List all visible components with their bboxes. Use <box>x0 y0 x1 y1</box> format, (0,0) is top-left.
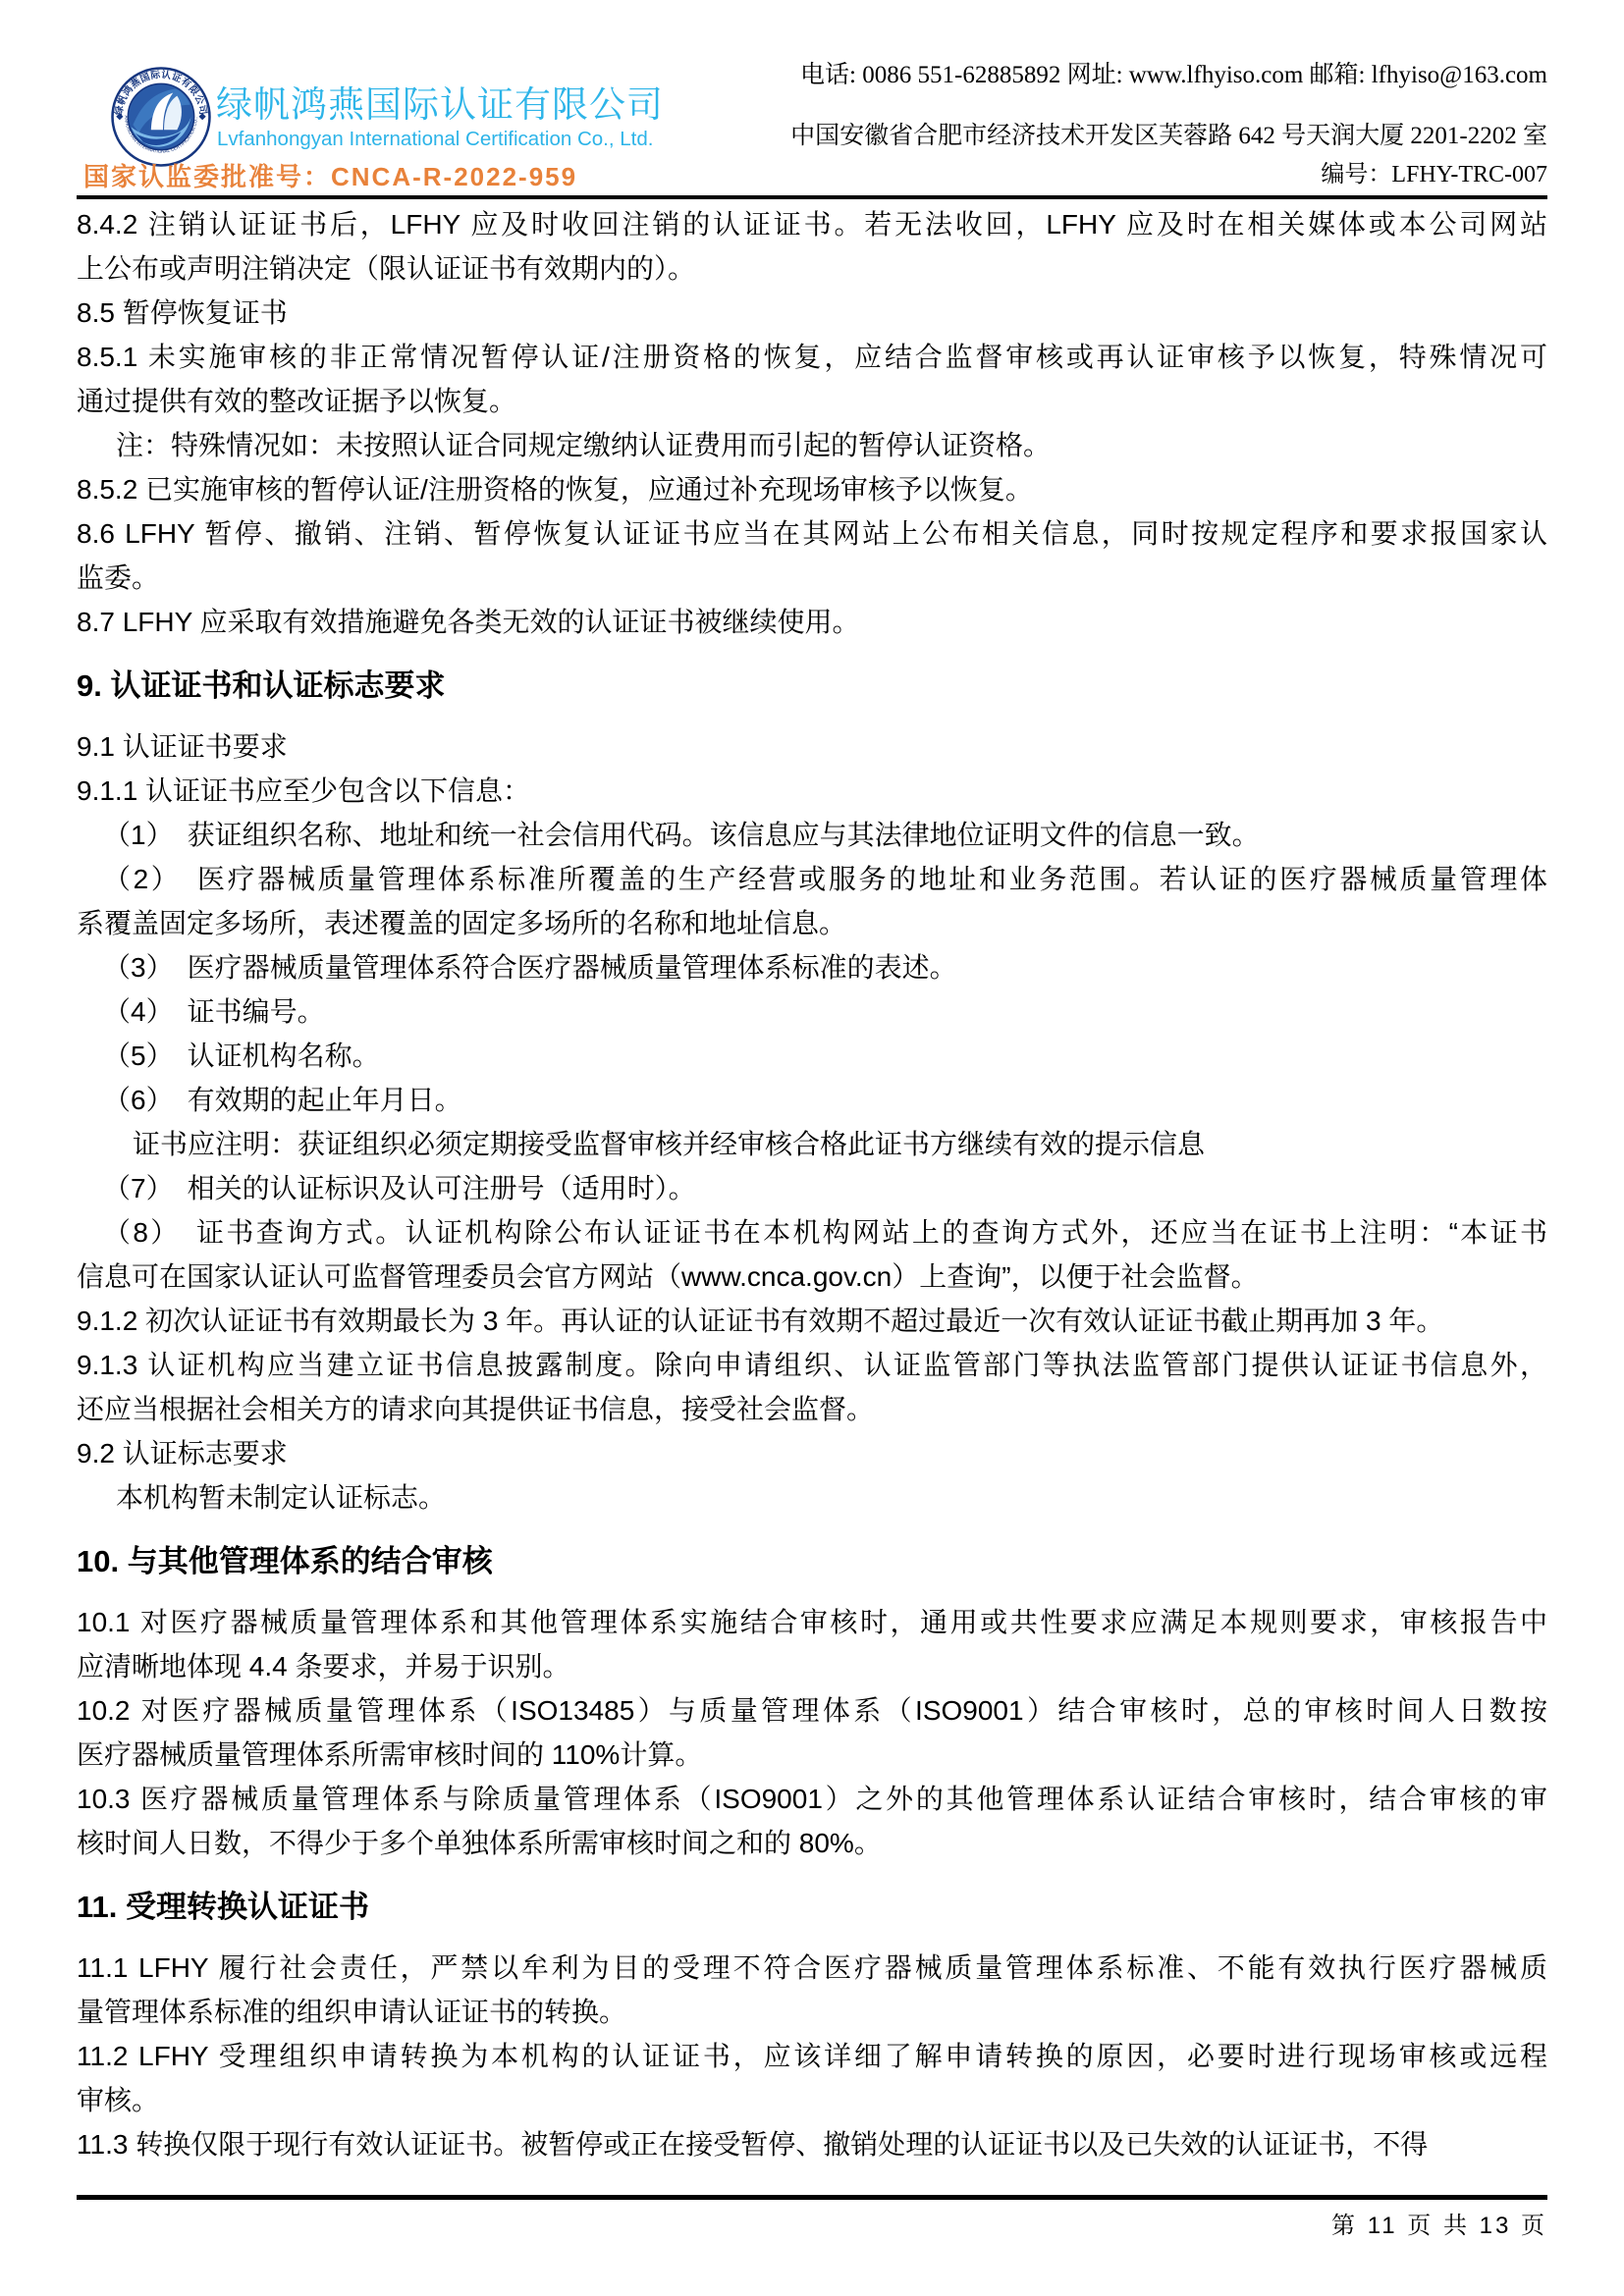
paragraph: （2） 医疗器械质量管理体系标准所覆盖的生产经营或服务的地址和业务范围。若认证的… <box>77 857 1547 945</box>
paragraph: 10.3 医疗器械质量管理体系与除质量管理体系（ISO9001）之外的其他管理体… <box>77 1777 1547 1865</box>
doc-line: 审核。 <box>77 2078 1547 2122</box>
paragraph: （5） 认证机构名称。 <box>77 1034 1547 1078</box>
header-divider <box>77 195 1547 199</box>
paragraph: （6） 有效期的起止年月日。 <box>77 1078 1547 1122</box>
paragraph: 8.5.1 未实施审核的非正常情况暂停认证/注册资格的恢复，应结合监督审核或再认… <box>77 335 1547 423</box>
doc-line: 10.3 医疗器械质量管理体系与除质量管理体系（ISO9001）之外的其他管理体… <box>77 1777 1547 1821</box>
paragraph: 9.2 认证标志要求 <box>77 1431 1547 1475</box>
paragraph: 8.5.2 已实施审核的暂停认证/注册资格的恢复，应通过补充现场审核予以恢复。 <box>77 467 1547 511</box>
doc-line: 核时间人日数，不得少于多个单独体系所需审核时间之和的 80%。 <box>77 1821 1547 1865</box>
section-heading: 11. 受理转换认证证书 <box>77 1883 1547 1932</box>
paragraph: （1） 获证组织名称、地址和统一社会信用代码。该信息应与其法律地位证明文件的信息… <box>77 813 1547 857</box>
doc-line: 监委。 <box>77 556 1547 600</box>
doc-line: （1） 获证组织名称、地址和统一社会信用代码。该信息应与其法律地位证明文件的信息… <box>77 813 1547 857</box>
doc-line: 量管理体系标准的组织申请认证证书的转换。 <box>77 1990 1547 2034</box>
paragraph: 8.4.2 注销认证证书后，LFHY 应及时收回注销的认证证书。若无法收回，LF… <box>77 202 1547 291</box>
paragraph: （7） 相关的认证标识及认可注册号（适用时）。 <box>77 1166 1547 1210</box>
company-name-en: Lvfanhongyan International Certification… <box>217 128 653 151</box>
section-heading: 9. 认证证书和认证标志要求 <box>77 662 1547 711</box>
paragraph: 8.6 LFHY 暂停、撤销、注销、暂停恢复认证证书应当在其网站上公布相关信息，… <box>77 511 1547 600</box>
doc-line: 证书应注明：获证组织必须定期接受监督审核并经审核合格此证书方继续有效的提示信息 <box>77 1122 1547 1166</box>
doc-line: 8.6 LFHY 暂停、撤销、注销、暂停恢复认证证书应当在其网站上公布相关信息，… <box>77 511 1547 556</box>
paragraph: 9.1.2 初次认证证书有效期最长为 3 年。再认证的认证证书有效期不超过最近一… <box>77 1299 1547 1343</box>
doc-line: 通过提供有效的整改证据予以恢复。 <box>77 379 1547 423</box>
doc-line: 10.1 对医疗器械质量管理体系和其他管理体系实施结合审核时，通用或共性要求应满… <box>77 1600 1547 1644</box>
company-logo-icon: 绿帆鸿燕国际认证有限公司 LVFANHONGYAN INTERNATIONAL … <box>111 67 211 167</box>
paragraph: 8.5 暂停恢复证书 <box>77 291 1547 335</box>
doc-line: 11.2 LFHY 受理组织申请转换为本机构的认证证书，应该详细了解申请转换的原… <box>77 2034 1547 2078</box>
doc-line: 8.5.1 未实施审核的非正常情况暂停认证/注册资格的恢复，应结合监督审核或再认… <box>77 335 1547 379</box>
paragraph: 证书应注明：获证组织必须定期接受监督审核并经审核合格此证书方继续有效的提示信息 <box>77 1122 1547 1166</box>
doc-line: 系覆盖固定多场所，表述覆盖的固定多场所的名称和地址信息。 <box>77 901 1547 945</box>
paragraph: 10.1 对医疗器械质量管理体系和其他管理体系实施结合审核时，通用或共性要求应满… <box>77 1600 1547 1688</box>
paragraph: 本机构暂未制定认证标志。 <box>77 1475 1547 1520</box>
doc-line: 10.2 对医疗器械质量管理体系（ISO13485）与质量管理体系（ISO900… <box>77 1688 1547 1733</box>
paragraph: （4） 证书编号。 <box>77 989 1547 1034</box>
paragraph: 11.3 转换仅限于现行有效认证证书。被暂停或正在接受暂停、撤销处理的认证证书以… <box>77 2122 1547 2166</box>
approval-number: 国家认监委批准号：CNCA-R-2022-959 <box>83 157 577 193</box>
contact-line: 电话: 0086 551-62885892 网址: www.lfhyiso.co… <box>800 55 1547 90</box>
doc-line: 10. 与其他管理体系的结合审核 <box>77 1537 1547 1586</box>
doc-line: 11. 受理转换认证证书 <box>77 1883 1547 1932</box>
doc-line: 还应当根据社会相关方的请求向其提供证书信息，接受社会监督。 <box>77 1387 1547 1431</box>
doc-line: （4） 证书编号。 <box>77 989 1547 1034</box>
doc-line: 9. 认证证书和认证标志要求 <box>77 662 1547 711</box>
doc-line: 本机构暂未制定认证标志。 <box>77 1475 1547 1520</box>
paragraph: 9.1.1 认证证书应至少包含以下信息： <box>77 769 1547 813</box>
doc-line: 医疗器械质量管理体系所需审核时间的 110%计算。 <box>77 1733 1547 1777</box>
doc-line: 信息可在国家认证认可监督管理委员会官方网站（www.cnca.gov.cn）上查… <box>77 1255 1547 1299</box>
paragraph: 9.1.3 认证机构应当建立证书信息披露制度。除向申请组织、认证监管部门等执法监… <box>77 1343 1547 1431</box>
paragraph: 11.1 LFHY 履行社会责任，严禁以牟利为目的受理不符合医疗器械质量管理体系… <box>77 1946 1547 2034</box>
doc-line: 8.5.2 已实施审核的暂停认证/注册资格的恢复，应通过补充现场审核予以恢复。 <box>77 467 1547 511</box>
doc-line: （6） 有效期的起止年月日。 <box>77 1078 1547 1122</box>
doc-line: （7） 相关的认证标识及认可注册号（适用时）。 <box>77 1166 1547 1210</box>
paragraph: （3） 医疗器械质量管理体系符合医疗器械质量管理体系标准的表述。 <box>77 945 1547 989</box>
paragraph: 9.1 认证证书要求 <box>77 724 1547 769</box>
doc-line: 8.7 LFHY 应采取有效措施避免各类无效的认证证书被继续使用。 <box>77 600 1547 644</box>
page-number: 第 11 页 共 13 页 <box>1331 2206 1547 2240</box>
doc-line: 上公布或声明注销决定（限认证证书有效期内的）。 <box>77 246 1547 291</box>
document-page: 绿帆鸿燕国际认证有限公司 LVFANHONGYAN INTERNATIONAL … <box>0 0 1624 2296</box>
paragraph: （8） 证书查询方式。认证机构除公布认证证书在本机构网站上的查询方式外，还应当在… <box>77 1210 1547 1299</box>
doc-line: （5） 认证机构名称。 <box>77 1034 1547 1078</box>
address-line: 中国安徽省合肥市经济技术开发区芙蓉路 642 号天润大厦 2201-2202 室 <box>790 116 1547 151</box>
company-name-cn: 绿帆鸿燕国际认证有限公司 <box>216 75 664 128</box>
doc-line: 11.3 转换仅限于现行有效认证证书。被暂停或正在接受暂停、撤销处理的认证证书以… <box>77 2122 1547 2166</box>
paragraph: 11.2 LFHY 受理组织申请转换为本机构的认证证书，应该详细了解申请转换的原… <box>77 2034 1547 2122</box>
doc-line: 9.1 认证证书要求 <box>77 724 1547 769</box>
doc-line: 8.5 暂停恢复证书 <box>77 291 1547 335</box>
doc-line: （3） 医疗器械质量管理体系符合医疗器械质量管理体系标准的表述。 <box>77 945 1547 989</box>
footer-divider <box>77 2195 1547 2200</box>
doc-line: （2） 医疗器械质量管理体系标准所覆盖的生产经营或服务的地址和业务范围。若认证的… <box>77 857 1547 901</box>
doc-content: 8.4.2 注销认证证书后，LFHY 应及时收回注销的认证证书。若无法收回，LF… <box>77 202 1547 2166</box>
document-number: 编号：LFHY-TRC-007 <box>1321 154 1547 188</box>
section-heading: 10. 与其他管理体系的结合审核 <box>77 1537 1547 1586</box>
paragraph: 注：特殊情况如：未按照认证合同规定缴纳认证费用而引起的暂停认证资格。 <box>77 423 1547 467</box>
doc-line: 9.1.1 认证证书应至少包含以下信息： <box>77 769 1547 813</box>
doc-line: 应清晰地体现 4.4 条要求，并易于识别。 <box>77 1644 1547 1688</box>
doc-line: 注：特殊情况如：未按照认证合同规定缴纳认证费用而引起的暂停认证资格。 <box>77 423 1547 467</box>
paragraph: 10.2 对医疗器械质量管理体系（ISO13485）与质量管理体系（ISO900… <box>77 1688 1547 1777</box>
doc-line: 9.1.3 认证机构应当建立证书信息披露制度。除向申请组织、认证监管部门等执法监… <box>77 1343 1547 1387</box>
doc-line: 9.2 认证标志要求 <box>77 1431 1547 1475</box>
doc-line: 9.1.2 初次认证证书有效期最长为 3 年。再认证的认证证书有效期不超过最近一… <box>77 1299 1547 1343</box>
doc-line: 11.1 LFHY 履行社会责任，严禁以牟利为目的受理不符合医疗器械质量管理体系… <box>77 1946 1547 1990</box>
doc-line: （8） 证书查询方式。认证机构除公布认证证书在本机构网站上的查询方式外，还应当在… <box>77 1210 1547 1255</box>
doc-line: 8.4.2 注销认证证书后，LFHY 应及时收回注销的认证证书。若无法收回，LF… <box>77 202 1547 246</box>
paragraph: 8.7 LFHY 应采取有效措施避免各类无效的认证证书被继续使用。 <box>77 600 1547 644</box>
page-header: 绿帆鸿燕国际认证有限公司 LVFANHONGYAN INTERNATIONAL … <box>0 0 1624 201</box>
